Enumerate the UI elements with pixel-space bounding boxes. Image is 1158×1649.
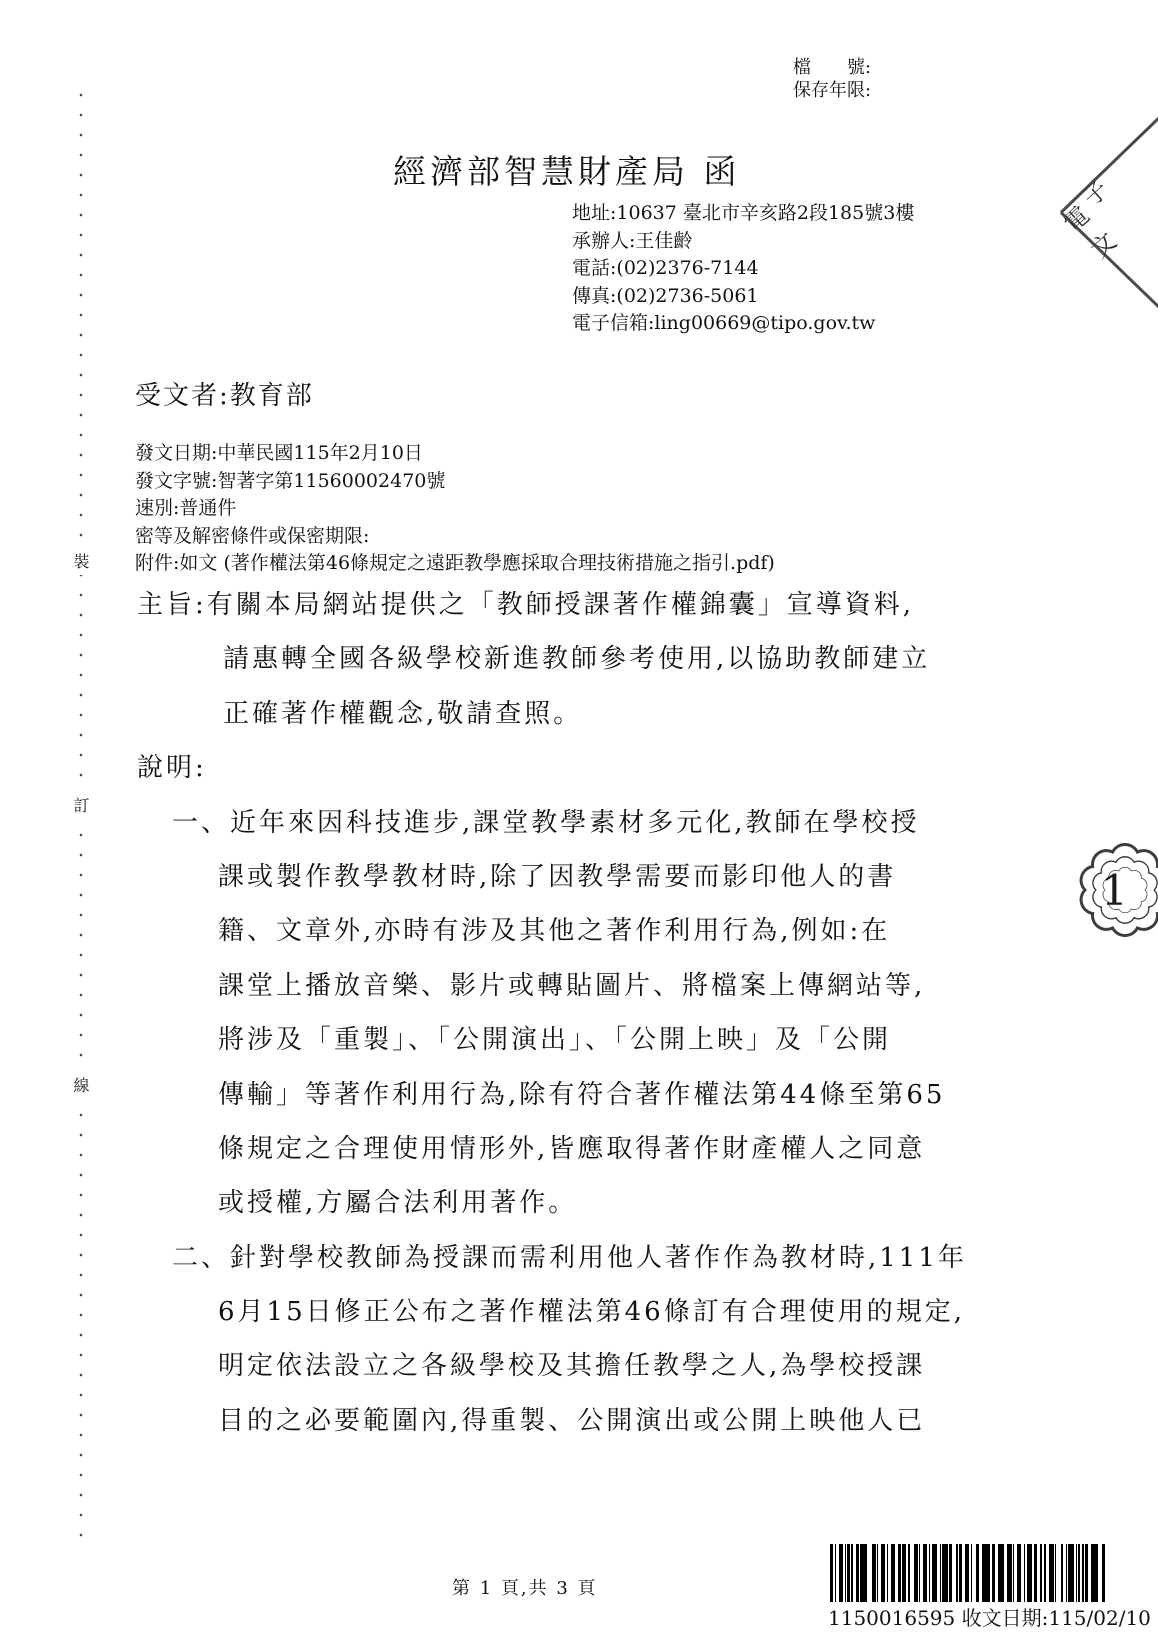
- explanation-item-1-line: 條規定之合理使用情形外,皆應取得著作財產權人之同意: [137, 1122, 967, 1176]
- flower-seal: 1: [1049, 812, 1158, 968]
- sender-address: 地址:10637 臺北市辛亥路2段185號3樓: [572, 200, 914, 228]
- explanation-item-2-line: 明定依法設立之各級學校及其擔任教學之人,為學校授課: [137, 1339, 967, 1393]
- explanation-item-1-line: 或授權,方屬合法利用著作。: [137, 1176, 967, 1230]
- delivery-speed: 速別:普通件: [135, 495, 775, 523]
- explanation-item-1-line: 課或製作教學教材時,除了因教學需要而影印他人的書: [137, 850, 967, 904]
- subject-line: 正確著作權觀念,敬請查照。: [137, 687, 967, 741]
- file-number-block: 檔 號: 保存年限:: [793, 56, 871, 102]
- issue-date: 發文日期:中華民國115年2月10日: [135, 440, 775, 468]
- explanation-item-2-line: 6月15日修正公布之著作權法第46條訂有合理使用的規定,: [137, 1285, 967, 1339]
- sender-email: 電子信箱:ling00669@tipo.gov.tw: [572, 310, 914, 338]
- document-meta-block: 發文日期:中華民國115年2月10日 發文字號:智著字第11560002470號…: [135, 440, 775, 578]
- explanation-item-1-line: 課堂上播放音樂、影片或轉貼圖片、將檔案上傳網站等,: [137, 959, 967, 1013]
- seal-number: 1: [1101, 866, 1128, 915]
- sender-info-block: 地址:10637 臺北市辛亥路2段185號3樓 承辦人:王佳齡 電話:(02)2…: [572, 200, 914, 338]
- binding-mark-ding: 訂: [71, 790, 92, 819]
- binding-mark-zhuang: 裝: [71, 546, 92, 575]
- page-number: 第 1 頁,共 3 頁: [452, 1574, 598, 1600]
- document-number: 發文字號:智著字第11560002470號: [135, 468, 775, 496]
- binding-mark-xian: 線: [71, 1070, 92, 1099]
- letter-body: 主旨:有關本局網站提供之「教師授課著作權錦囊」宣導資料, 請惠轉全國各級學校新進…: [137, 578, 967, 1448]
- page-title: 經濟部智慧財產局 函: [393, 146, 741, 193]
- file-number-label: 檔 號:: [793, 56, 871, 79]
- attachment-note: 附件:如文 (著作權法第46條規定之遠距教學應採取合理技術措施之指引.pdf): [135, 550, 775, 578]
- explanation-item-2-line: 二、針對學校教師為授課而需利用他人著作作為教材時,111年: [137, 1231, 967, 1285]
- explanation-item-1-line: 籍、文章外,亦時有涉及其他之著作利用行為,例如:在: [137, 904, 967, 958]
- explanation-item-2-line: 目的之必要範圍內,得重製、公開演出或公開上映他人已: [137, 1394, 967, 1448]
- recipient-line: 受文者:教育部: [135, 375, 314, 412]
- barcode: [830, 1544, 1106, 1602]
- explanation-item-1-line: 傳輸」等著作利用行為,除有符合著作權法第44條至第65: [137, 1068, 967, 1122]
- sender-contact-person: 承辦人:王佳齡: [572, 228, 914, 256]
- sender-fax: 傳真:(02)2736-5061: [572, 283, 914, 311]
- security-classification: 密等及解密條件或保密期限:: [135, 523, 775, 551]
- subject-line: 請惠轉全國各級學校新進教師參考使用,以協助教師建立: [137, 632, 967, 686]
- official-letter-page: 裝 訂 線 檔 號: 保存年限: 子 電 文 經濟部智慧財產局 函 地址:106…: [0, 0, 1158, 1649]
- sender-phone: 電話:(02)2376-7144: [572, 255, 914, 283]
- retention-period-label: 保存年限:: [793, 79, 871, 102]
- explanation-item-1-line: 將涉及「重製」、「公開演出」、「公開上映」及「公開: [137, 1013, 967, 1067]
- explanation-item-1-line: 一、近年來因科技進步,課堂教學素材多元化,教師在學校授: [137, 796, 967, 850]
- barcode-label: 1150016595 收文日期:115/02/10: [828, 1602, 1151, 1631]
- explanation-heading: 說明:: [137, 741, 967, 795]
- subject-line: 主旨:有關本局網站提供之「教師授課著作權錦囊」宣導資料,: [137, 578, 967, 632]
